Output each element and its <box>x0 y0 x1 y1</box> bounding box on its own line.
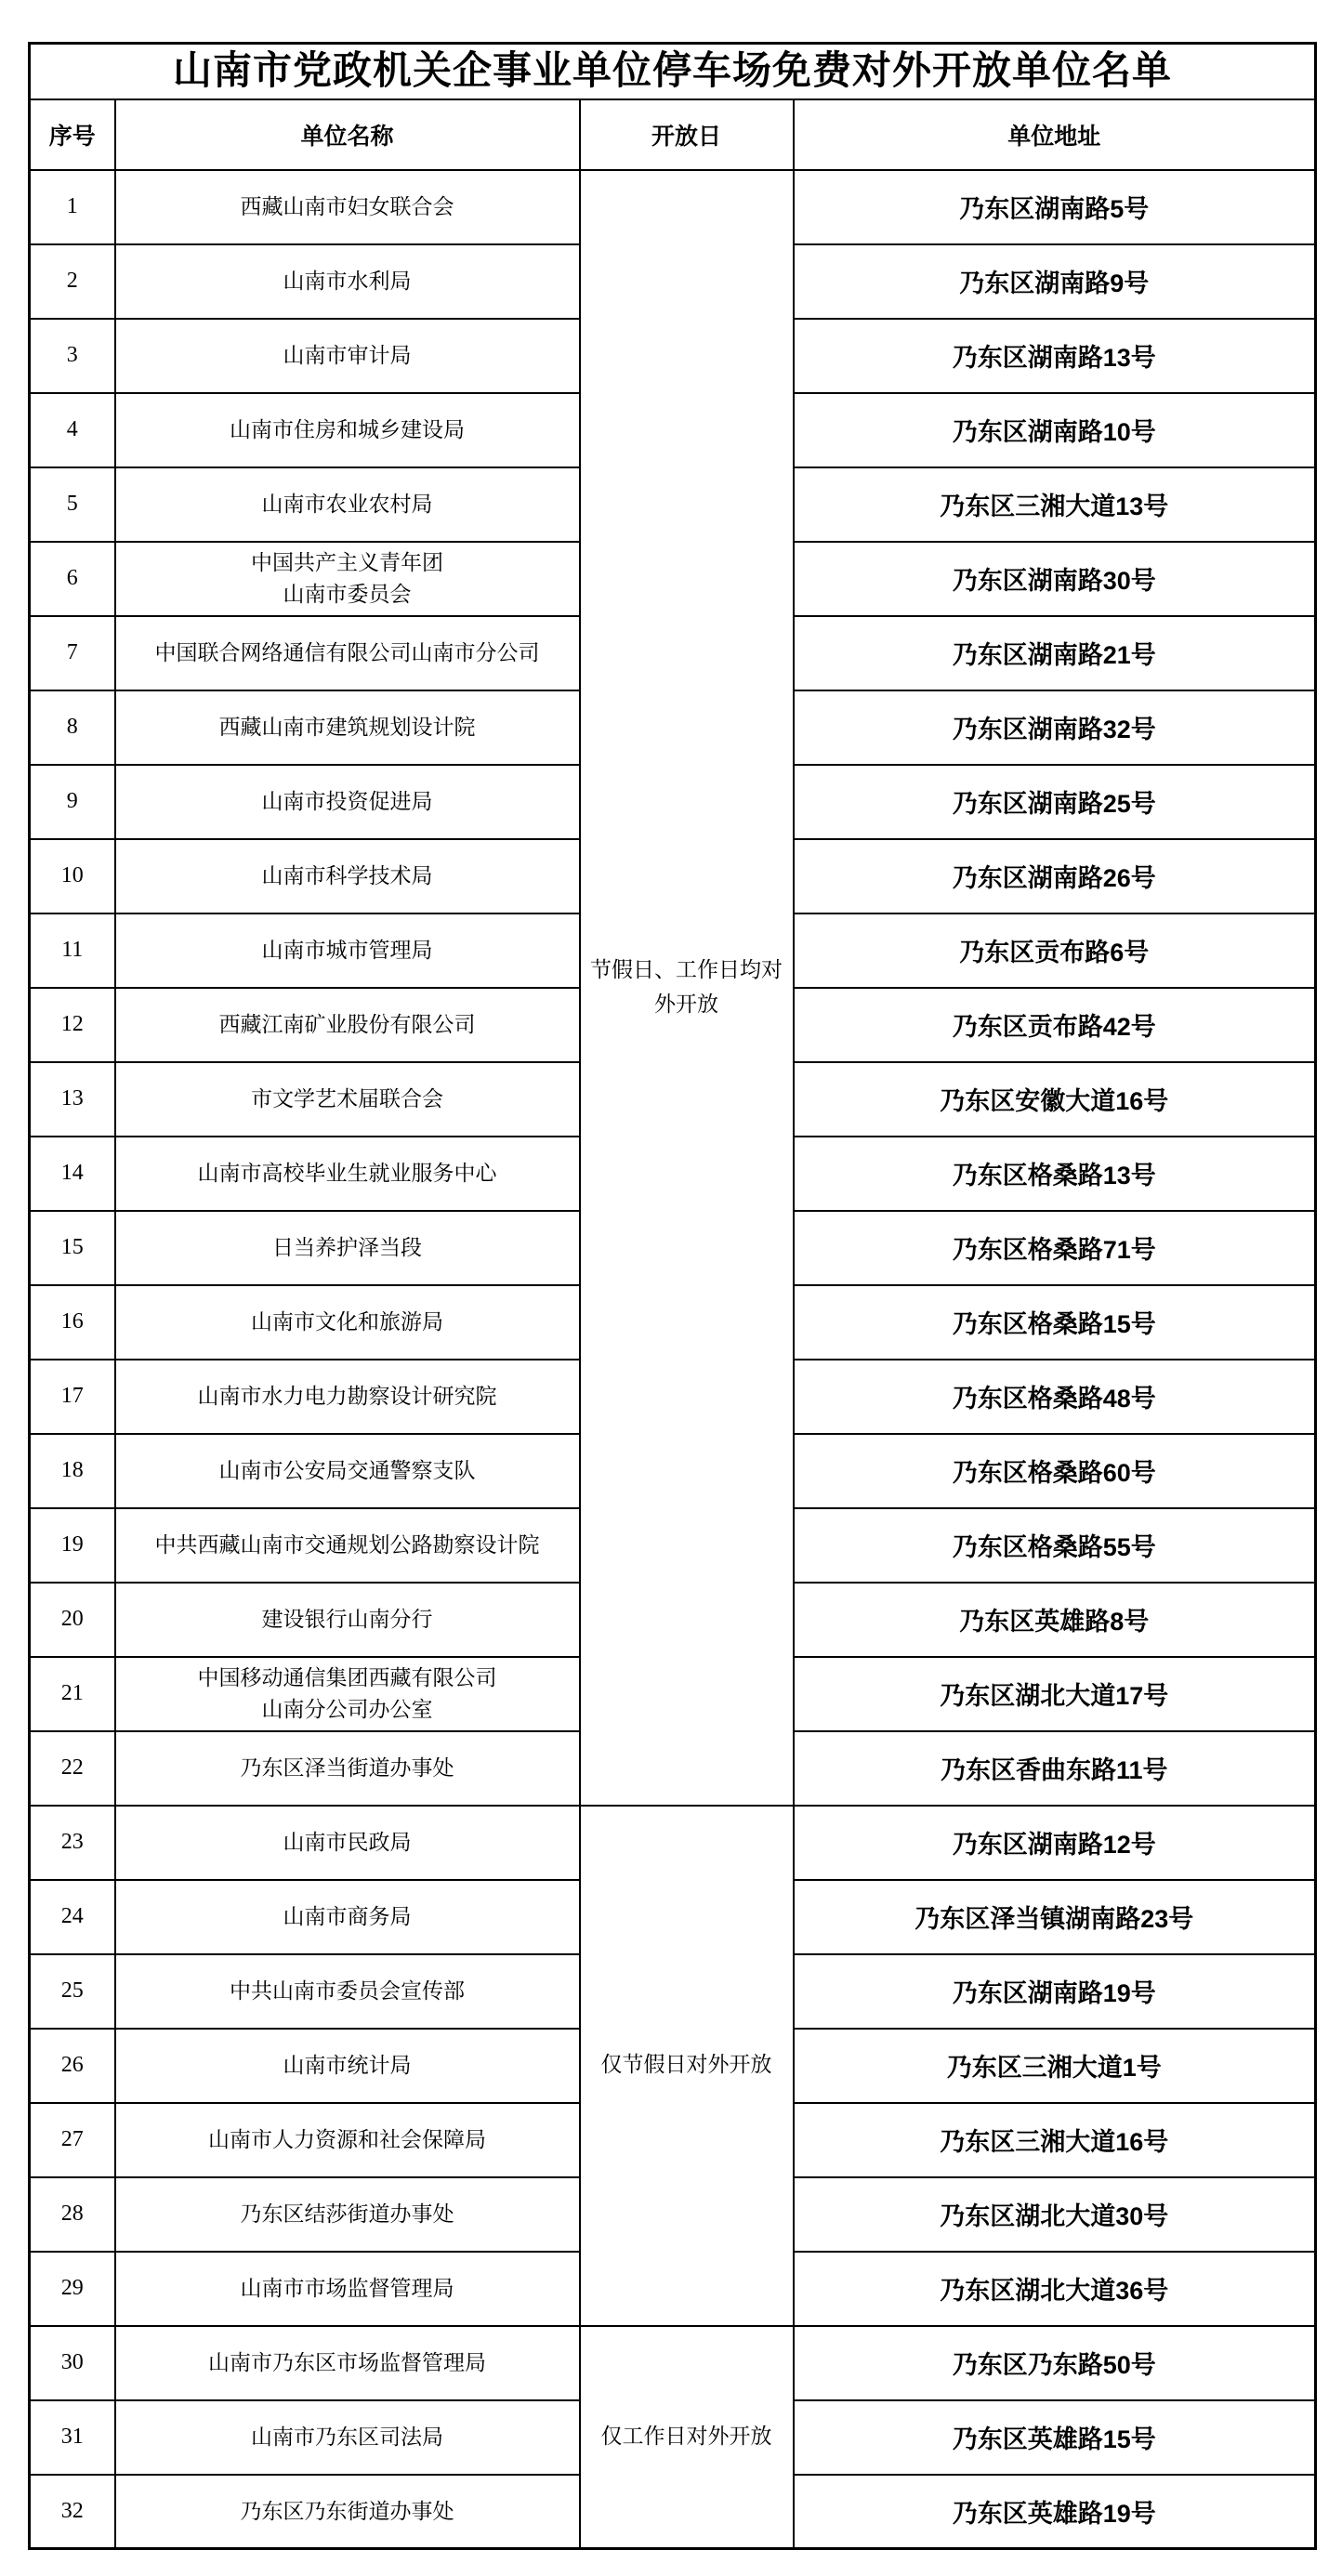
page-title: 山南市党政机关企事业单位停车场免费对外开放单位名单 <box>30 44 1316 99</box>
cell-row-number: 28 <box>30 2177 115 2252</box>
cell-unit-name: 中共山南市委员会宣传部 <box>115 1954 580 2029</box>
cell-row-number: 16 <box>30 1285 115 1360</box>
cell-unit-address: 乃东区泽当镇湖南路23号 <box>794 1880 1316 1954</box>
cell-row-number: 12 <box>30 988 115 1062</box>
cell-unit-address: 乃东区湖南路26号 <box>794 839 1316 913</box>
cell-unit-address: 乃东区湖北大道30号 <box>794 2177 1316 2252</box>
cell-unit-name: 山南市科学技术局 <box>115 839 580 913</box>
page: 山南市党政机关企事业单位停车场免费对外开放单位名单 序号 单位名称 开放日 单位… <box>0 0 1342 2576</box>
cell-row-number: 3 <box>30 319 115 393</box>
column-header-address: 单位地址 <box>794 99 1316 170</box>
cell-unit-name: 山南市市场监督管理局 <box>115 2252 580 2326</box>
cell-row-number: 25 <box>30 1954 115 2029</box>
cell-unit-name: 山南市投资促进局 <box>115 765 580 839</box>
title-row: 山南市党政机关企事业单位停车场免费对外开放单位名单 <box>30 44 1316 99</box>
cell-unit-address: 乃东区格桑路15号 <box>794 1285 1316 1360</box>
cell-unit-address: 乃东区三湘大道13号 <box>794 467 1316 542</box>
cell-unit-name: 中国移动通信集团西藏有限公司 山南分公司办公室 <box>115 1657 580 1731</box>
cell-unit-address: 乃东区湖北大道17号 <box>794 1657 1316 1731</box>
column-header-name: 单位名称 <box>115 99 580 170</box>
column-header-row: 序号 单位名称 开放日 单位地址 <box>30 99 1316 170</box>
cell-row-number: 7 <box>30 616 115 690</box>
table-row: 23山南市民政局仅节假日对外开放乃东区湖南路12号 <box>30 1806 1316 1880</box>
cell-unit-address: 乃东区格桑路71号 <box>794 1211 1316 1285</box>
cell-unit-address: 乃东区湖南路30号 <box>794 542 1316 616</box>
table-body: 1西藏山南市妇女联合会节假日、工作日均对外开放乃东区湖南路5号2山南市水利局乃东… <box>30 170 1316 2549</box>
cell-row-number: 9 <box>30 765 115 839</box>
cell-unit-name: 西藏山南市妇女联合会 <box>115 170 580 244</box>
cell-unit-name: 山南市高校毕业生就业服务中心 <box>115 1137 580 1211</box>
cell-unit-name: 山南市水利局 <box>115 244 580 319</box>
cell-row-number: 26 <box>30 2029 115 2103</box>
cell-row-number: 30 <box>30 2326 115 2400</box>
cell-row-number: 23 <box>30 1806 115 1880</box>
cell-unit-name: 市文学艺术届联合会 <box>115 1062 580 1137</box>
cell-unit-name: 山南市住房和城乡建设局 <box>115 393 580 467</box>
cell-row-number: 1 <box>30 170 115 244</box>
cell-unit-address: 乃东区乃东路50号 <box>794 2326 1316 2400</box>
cell-row-number: 6 <box>30 542 115 616</box>
cell-row-number: 24 <box>30 1880 115 1954</box>
cell-unit-address: 乃东区湖南路13号 <box>794 319 1316 393</box>
cell-unit-address: 乃东区湖南路21号 <box>794 616 1316 690</box>
column-header-openday: 开放日 <box>580 99 794 170</box>
cell-unit-name: 西藏山南市建筑规划设计院 <box>115 690 580 765</box>
cell-unit-name: 山南市乃东区市场监督管理局 <box>115 2326 580 2400</box>
cell-unit-name: 山南市审计局 <box>115 319 580 393</box>
column-header-index: 序号 <box>30 99 115 170</box>
cell-unit-name: 山南市人力资源和社会保障局 <box>115 2103 580 2177</box>
cell-unit-address: 乃东区香曲东路11号 <box>794 1731 1316 1806</box>
cell-row-number: 15 <box>30 1211 115 1285</box>
cell-unit-name: 乃东区泽当街道办事处 <box>115 1731 580 1806</box>
cell-row-number: 13 <box>30 1062 115 1137</box>
cell-row-number: 17 <box>30 1360 115 1434</box>
cell-unit-address: 乃东区英雄路19号 <box>794 2475 1316 2549</box>
cell-unit-address: 乃东区格桑路55号 <box>794 1508 1316 1583</box>
cell-unit-address: 乃东区格桑路60号 <box>794 1434 1316 1508</box>
cell-unit-name: 中共西藏山南市交通规划公路勘察设计院 <box>115 1508 580 1583</box>
cell-row-number: 27 <box>30 2103 115 2177</box>
cell-row-number: 8 <box>30 690 115 765</box>
cell-row-number: 11 <box>30 913 115 988</box>
cell-row-number: 18 <box>30 1434 115 1508</box>
cell-row-number: 4 <box>30 393 115 467</box>
table-row: 1西藏山南市妇女联合会节假日、工作日均对外开放乃东区湖南路5号 <box>30 170 1316 244</box>
cell-unit-address: 乃东区湖南路25号 <box>794 765 1316 839</box>
cell-unit-name: 山南市文化和旅游局 <box>115 1285 580 1360</box>
cell-unit-address: 乃东区三湘大道1号 <box>794 2029 1316 2103</box>
cell-row-number: 2 <box>30 244 115 319</box>
cell-unit-address: 乃东区湖南路19号 <box>794 1954 1316 2029</box>
cell-unit-address: 乃东区湖南路32号 <box>794 690 1316 765</box>
cell-unit-name: 西藏江南矿业股份有限公司 <box>115 988 580 1062</box>
cell-open-day-merged: 节假日、工作日均对外开放 <box>580 170 794 1806</box>
cell-row-number: 21 <box>30 1657 115 1731</box>
cell-unit-name: 山南市乃东区司法局 <box>115 2400 580 2475</box>
cell-row-number: 22 <box>30 1731 115 1806</box>
cell-unit-address: 乃东区湖北大道36号 <box>794 2252 1316 2326</box>
cell-unit-name: 中国共产主义青年团 山南市委员会 <box>115 542 580 616</box>
cell-unit-name: 建设银行山南分行 <box>115 1583 580 1657</box>
cell-open-day-merged: 仅工作日对外开放 <box>580 2326 794 2549</box>
cell-unit-address: 乃东区贡布路42号 <box>794 988 1316 1062</box>
cell-unit-address: 乃东区三湘大道16号 <box>794 2103 1316 2177</box>
table-row: 30山南市乃东区市场监督管理局仅工作日对外开放乃东区乃东路50号 <box>30 2326 1316 2400</box>
cell-unit-address: 乃东区安徽大道16号 <box>794 1062 1316 1137</box>
cell-row-number: 29 <box>30 2252 115 2326</box>
cell-unit-address: 乃东区格桑路48号 <box>794 1360 1316 1434</box>
cell-unit-name: 山南市城市管理局 <box>115 913 580 988</box>
cell-unit-address: 乃东区格桑路13号 <box>794 1137 1316 1211</box>
cell-unit-address: 乃东区湖南路9号 <box>794 244 1316 319</box>
cell-unit-address: 乃东区湖南路10号 <box>794 393 1316 467</box>
cell-unit-name: 山南市统计局 <box>115 2029 580 2103</box>
cell-unit-name: 日当养护泽当段 <box>115 1211 580 1285</box>
parking-open-units-table: 山南市党政机关企事业单位停车场免费对外开放单位名单 序号 单位名称 开放日 单位… <box>28 42 1317 2550</box>
cell-unit-name: 乃东区乃东街道办事处 <box>115 2475 580 2549</box>
cell-unit-name: 山南市商务局 <box>115 1880 580 1954</box>
cell-unit-name: 山南市水力电力勘察设计研究院 <box>115 1360 580 1434</box>
cell-unit-address: 乃东区贡布路6号 <box>794 913 1316 988</box>
cell-row-number: 5 <box>30 467 115 542</box>
cell-unit-address: 乃东区英雄路8号 <box>794 1583 1316 1657</box>
cell-row-number: 20 <box>30 1583 115 1657</box>
cell-row-number: 10 <box>30 839 115 913</box>
cell-unit-name: 乃东区结莎街道办事处 <box>115 2177 580 2252</box>
cell-unit-address: 乃东区湖南路5号 <box>794 170 1316 244</box>
cell-unit-name: 中国联合网络通信有限公司山南市分公司 <box>115 616 580 690</box>
cell-unit-name: 山南市农业农村局 <box>115 467 580 542</box>
cell-unit-address: 乃东区英雄路15号 <box>794 2400 1316 2475</box>
cell-row-number: 32 <box>30 2475 115 2549</box>
cell-unit-name: 山南市公安局交通警察支队 <box>115 1434 580 1508</box>
cell-unit-name: 山南市民政局 <box>115 1806 580 1880</box>
cell-row-number: 31 <box>30 2400 115 2475</box>
cell-unit-address: 乃东区湖南路12号 <box>794 1806 1316 1880</box>
cell-row-number: 14 <box>30 1137 115 1211</box>
cell-open-day-merged: 仅节假日对外开放 <box>580 1806 794 2326</box>
cell-row-number: 19 <box>30 1508 115 1583</box>
